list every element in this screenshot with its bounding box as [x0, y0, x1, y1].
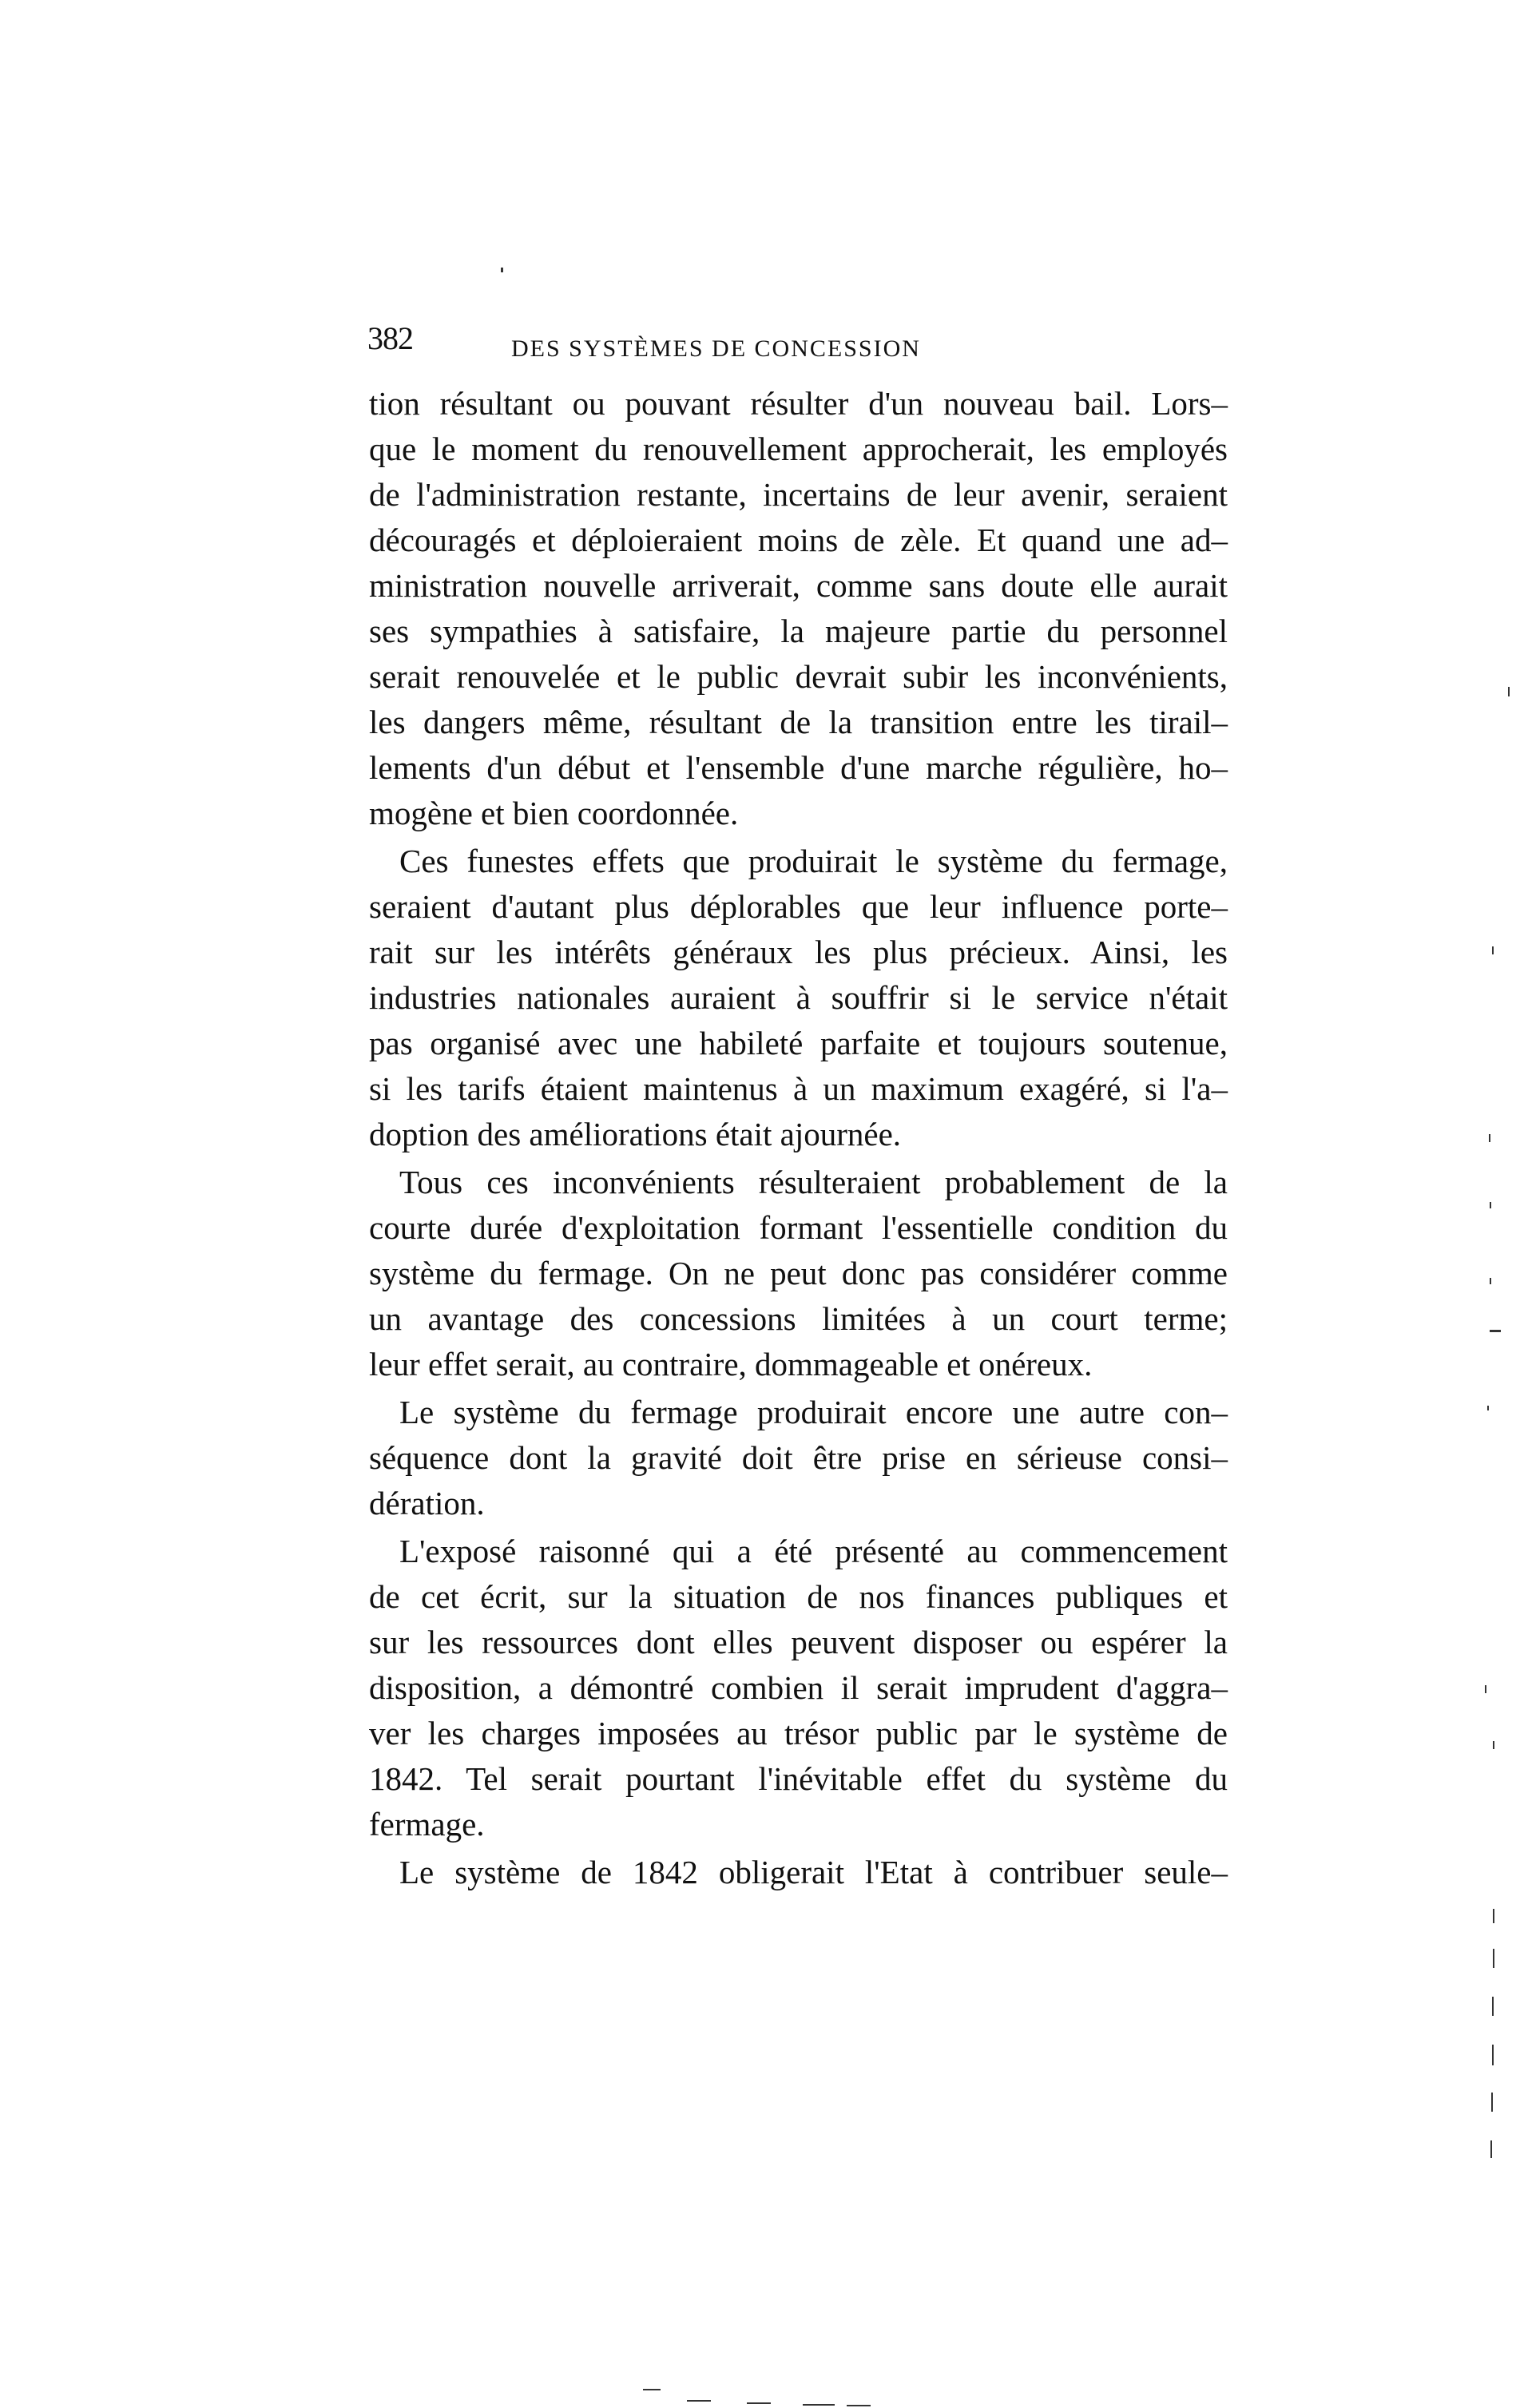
text-line: doption des améliorations était ajournée… — [369, 1114, 1228, 1154]
text-line: de cet écrit, sur la situation de nos fi… — [369, 1577, 1228, 1617]
scan-artifact — [1485, 1685, 1486, 1693]
text-line: fermage. — [369, 1804, 1228, 1844]
text-line: courte durée d'exploitation formant l'es… — [369, 1208, 1228, 1248]
text-line: les dangers même, résultant de la transi… — [369, 702, 1228, 742]
scan-artifact — [1490, 1330, 1501, 1332]
scan-artifact — [1489, 1134, 1490, 1142]
text-line: lements d'un début et l'ensemble d'une m… — [369, 748, 1228, 787]
text-line: Tous ces inconvénients résulteraient pro… — [399, 1162, 1228, 1202]
text-line: découragés et déploieraient moins de zèl… — [369, 520, 1228, 560]
text-line: industries nationales auraient à souffri… — [369, 978, 1228, 1018]
text-line: Ces funestes effets que produirait le sy… — [399, 841, 1228, 881]
scan-artifact — [1493, 1741, 1494, 1749]
scan-artifact — [1487, 1406, 1489, 1410]
scan-artifact — [687, 2400, 711, 2402]
scan-artifact — [747, 2402, 771, 2404]
scan-artifact — [501, 268, 503, 272]
text-line: sur les ressources dont elles peuvent di… — [369, 1622, 1228, 1662]
text-line: mogène et bien coordonnée. — [369, 793, 1228, 833]
scan-artifact — [643, 2389, 661, 2390]
text-line: si les tarifs étaient maintenus à un max… — [369, 1069, 1228, 1109]
text-line: serait renouvelée et le public devrait s… — [369, 657, 1228, 696]
text-line: système du fermage. On ne peut donc pas … — [369, 1253, 1228, 1293]
text-line: L'exposé raisonné qui a été présenté au … — [399, 1531, 1228, 1571]
running-head: DES SYSTÈMES DE CONCESSION — [511, 335, 921, 363]
text-line: un avantage des concessions limitées à u… — [369, 1299, 1228, 1339]
scan-artifact — [803, 2404, 835, 2406]
text-line: dération. — [369, 1483, 1228, 1523]
text-line: rait sur les intérêts généraux les plus … — [369, 932, 1228, 972]
scan-artifact — [1508, 687, 1510, 696]
text-line: Le système de 1842 obligerait l'Etat à c… — [399, 1852, 1228, 1892]
scan-artifact — [1490, 1278, 1491, 1284]
text-line: pas organisé avec une habileté parfaite … — [369, 1023, 1228, 1063]
page-number: 382 — [367, 319, 413, 357]
text-line: ver les charges imposées au trésor publi… — [369, 1713, 1228, 1753]
text-line: Le système du fermage produirait encore … — [399, 1392, 1228, 1432]
scan-artifact — [847, 2405, 871, 2406]
book-page: 382 DES SYSTÈMES DE CONCESSION tion résu… — [0, 0, 1520, 2408]
scan-artifact — [1490, 1202, 1491, 1208]
text-line: ses sympathies à satisfaire, la majeure … — [369, 611, 1228, 651]
text-line: leur effet serait, au contraire, dommage… — [369, 1344, 1228, 1384]
text-line: seraient d'autant plus déplorables que l… — [369, 887, 1228, 926]
text-line: de l'administration restante, incertains… — [369, 474, 1228, 514]
scan-artifact — [1493, 1909, 1494, 1923]
text-line: 1842. Tel serait pourtant l'inévitable e… — [369, 1759, 1228, 1799]
text-line: tion résultant ou pouvant résulter d'un … — [369, 383, 1228, 423]
scan-artifact — [1492, 946, 1494, 954]
text-line: que le moment du renouvellement approche… — [369, 429, 1228, 469]
scan-artifact — [1492, 1997, 1494, 2016]
scan-artifact — [1492, 2045, 1494, 2065]
scan-artifact — [1490, 2140, 1492, 2158]
text-line: disposition, a démontré combien il serai… — [369, 1668, 1228, 1708]
scan-artifact — [1491, 2093, 1493, 2112]
text-line: ministration nouvelle arriverait, comme … — [369, 565, 1228, 605]
text-line: séquence dont la gravité doit être prise… — [369, 1438, 1228, 1478]
scan-artifact — [1493, 1949, 1494, 1968]
